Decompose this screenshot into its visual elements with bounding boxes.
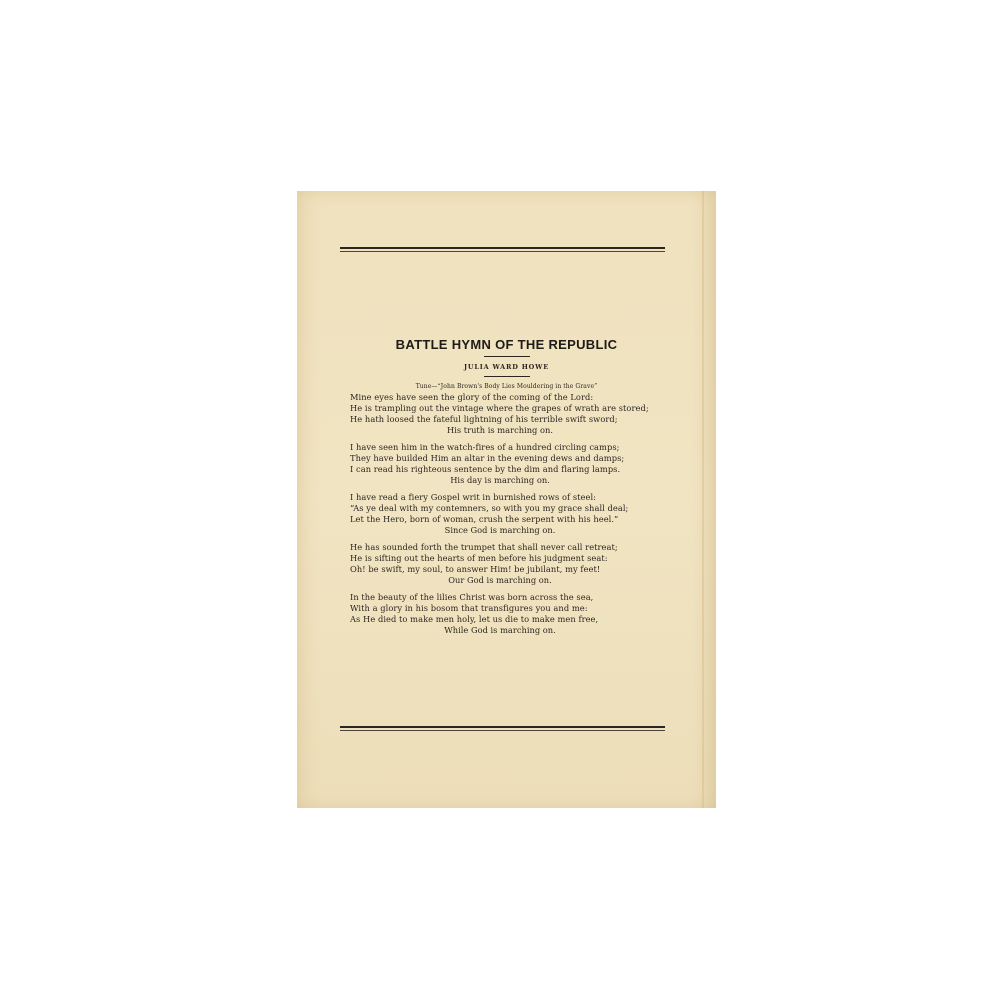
verse-line: Oh! be swift, my soul, to answer Him! be… [350, 564, 675, 575]
bottom-double-rule [340, 726, 665, 731]
verse-line: With a glory in his bosom that transfigu… [350, 603, 675, 614]
verses: Mine eyes have seen the glory of the com… [350, 392, 675, 636]
verse-refrain: While God is marching on. [350, 625, 650, 636]
verse-refrain: His day is marching on. [350, 475, 650, 486]
hymn-content: BATTLE HYMN OF THE REPUBLIC JULIA WARD H… [297, 337, 716, 642]
verse-line: I have seen him in the watch-fires of a … [350, 442, 675, 453]
verse-line: He is sifting out the hearts of men befo… [350, 553, 675, 564]
verse-line: Let the Hero, born of woman, crush the s… [350, 514, 675, 525]
verse-1: Mine eyes have seen the glory of the com… [350, 392, 675, 436]
verse-line: He hath loosed the fateful lightning of … [350, 414, 675, 425]
hymn-sheet: BATTLE HYMN OF THE REPUBLIC JULIA WARD H… [297, 191, 716, 808]
verse-3: I have read a fiery Gospel writ in burni… [350, 492, 675, 536]
verse-line: He is trampling out the vintage where th… [350, 403, 675, 414]
verse-5: In the beauty of the lilies Christ was b… [350, 592, 675, 636]
verse-4: He has sounded forth the trumpet that sh… [350, 542, 675, 586]
verse-line: I have read a fiery Gospel writ in burni… [350, 492, 675, 503]
author-name: JULIA WARD HOWE [297, 363, 716, 371]
verse-line: I can read his righteous sentence by the… [350, 464, 675, 475]
verse-refrain: Since God is marching on. [350, 525, 650, 536]
verse-refrain: Our God is marching on. [350, 575, 650, 586]
verse-refrain: His truth is marching on. [350, 425, 650, 436]
top-double-rule [340, 247, 665, 252]
verse-line: “As ye deal with my contemners, so with … [350, 503, 675, 514]
title-divider [484, 356, 530, 357]
verse-line: They have builded Him an altar in the ev… [350, 453, 675, 464]
hymn-title: BATTLE HYMN OF THE REPUBLIC [297, 337, 716, 352]
verse-2: I have seen him in the watch-fires of a … [350, 442, 675, 486]
tune-note: Tune—“John Brown's Body Lies Mouldering … [297, 383, 716, 390]
author-divider [484, 376, 530, 377]
verse-line: He has sounded forth the trumpet that sh… [350, 542, 675, 553]
verse-line: As He died to make men holy, let us die … [350, 614, 675, 625]
verse-line: Mine eyes have seen the glory of the com… [350, 392, 675, 403]
verse-line: In the beauty of the lilies Christ was b… [350, 592, 675, 603]
